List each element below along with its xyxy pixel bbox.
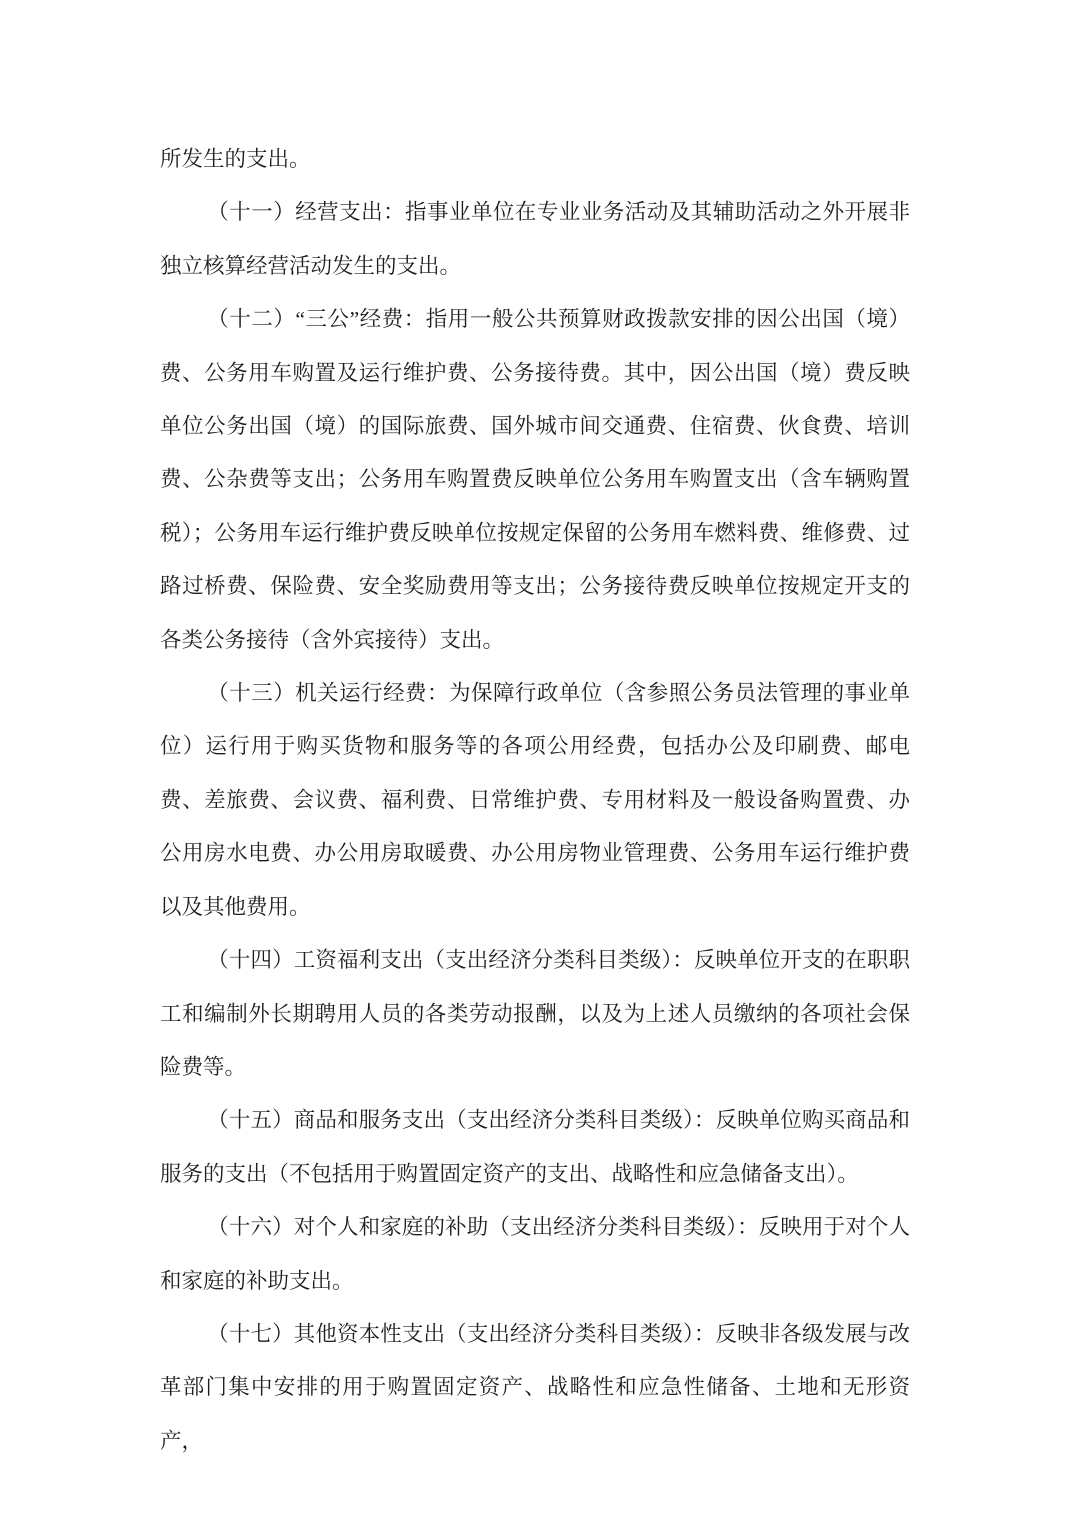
paragraph-item-16: （十六）对个人和家庭的补助（支出经济分类科目类级）：反映用于对个人和家庭的补助支…: [160, 1201, 910, 1308]
paragraph-item-15: （十五）商品和服务支出（支出经济分类科目类级）：反映单位购买商品和服务的支出（不…: [160, 1094, 910, 1201]
paragraph-item-11: （十一）经营支出：指事业单位在专业业务活动及其辅助活动之外开展非独立核算经营活动…: [160, 186, 910, 293]
paragraph-continuation: 所发生的支出。: [160, 133, 910, 186]
paragraph-item-13: （十三）机关运行经费：为保障行政单位（含参照公务员法管理的事业单位）运行用于购买…: [160, 667, 910, 934]
paragraph-item-14: （十四）工资福利支出（支出经济分类科目类级）：反映单位开支的在职职工和编制外长期…: [160, 934, 910, 1094]
document-page: 所发生的支出。 （十一）经营支出：指事业单位在专业业务活动及其辅助活动之外开展非…: [0, 0, 1074, 1520]
paragraph-item-17: （十七）其他资本性支出（支出经济分类科目类级）：反映非各级发展与改革部门集中安排…: [160, 1308, 910, 1468]
paragraph-item-12: （十二）“三公”经费：指用一般公共预算财政拨款安排的因公出国（境）费、公务用车购…: [160, 293, 910, 667]
